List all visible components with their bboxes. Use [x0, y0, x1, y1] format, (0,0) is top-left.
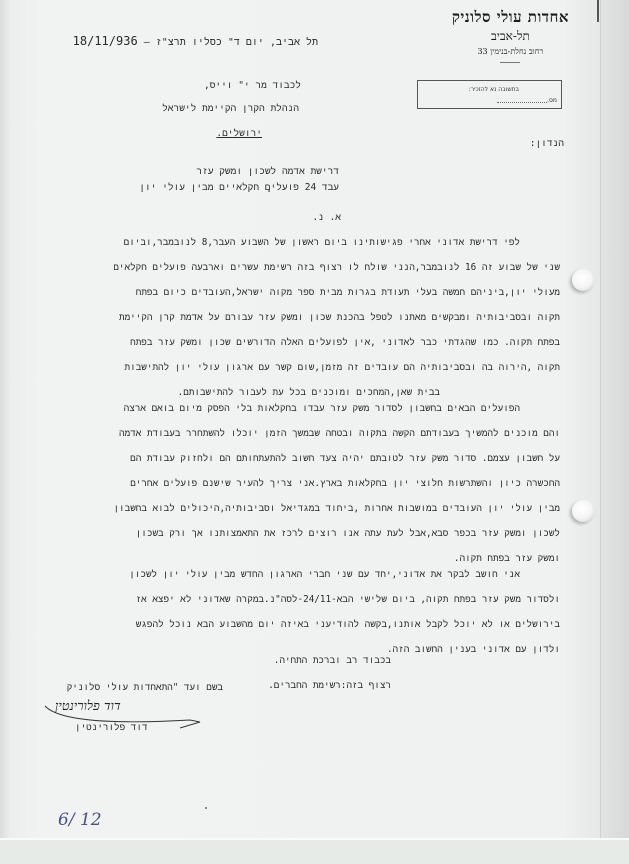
- scan-bottom-margin: [0, 838, 629, 864]
- signatory-typed-name: דוד פלורינטין: [75, 722, 148, 733]
- paragraph-line: שני של שבוע זה 16 לנובמבר,הנני שולח לו ר…: [30, 255, 560, 280]
- addressee-city: ירושלים.: [216, 128, 262, 139]
- paragraph-line: והם מוכנים להמשיך בעבודתם הקשה בתקוה ובט…: [30, 421, 560, 446]
- paragraph-line: לפי דרישת אדוני אחרי פגישותינו ביום ראשו…: [30, 230, 560, 255]
- paragraph-line: החכשרה כיון והשתרשות חלוצי יון בחקלאות ב…: [30, 471, 560, 496]
- paragraph-line: ולסדור משק עזר בפתח תקוה, ביום שלישי הבא…: [30, 587, 560, 612]
- signature-on-behalf: בשם ועד "התאחדות עולי סלוניק: [23, 682, 223, 693]
- body-paragraph: אני חושב לבקר את אדוני,יחד עם שני חברי ה…: [30, 562, 560, 662]
- paragraph-line: הפועלים הבאים בחשבון לסדור משק עזר עבדו …: [30, 396, 560, 421]
- paragraph-line: על חשבון עצמם. סדור משק עזר לטובתם יהיה …: [30, 446, 560, 471]
- body-paragraph: הפועלים הבאים בחשבון לסדור משק עזר עבדו …: [30, 396, 560, 571]
- punch-hole: [572, 500, 594, 522]
- reference-number-label: מס.: [547, 97, 557, 104]
- subject-line: דרישת אדמה לשכון ומשק עזר: [196, 166, 339, 177]
- paragraph-line: תקוה ,הירוה בה ובסביבותיה הם עובדים זה מ…: [30, 355, 560, 380]
- addressee-organization: הנהלת הקרן הקיימת לישראל: [162, 103, 299, 114]
- addressee-name: לכבוד מר י" וייס,: [204, 80, 301, 91]
- paragraph-line: מבין עולי יון העובדים במושבות אחרות ,ביח…: [30, 496, 560, 521]
- paragraph-line: אני חושב לבקר את אדוני,יחד עם שני חברי ה…: [30, 562, 560, 587]
- hebrew-date: ד" כסליו תרצ"ז: [156, 37, 240, 48]
- reference-label: בתשובה נא להזכיר:: [469, 86, 519, 93]
- date-place: תל אביב,: [270, 37, 318, 48]
- gregorian-date: 18/11/936: [73, 34, 138, 48]
- letterhead-address: רחוב נחלת-בנימין 33: [452, 47, 569, 56]
- scan-mark: [597, 0, 599, 22]
- letterhead-city: תל-אביב: [452, 29, 569, 44]
- scanned-letter-page: אחדות עולי סלוניק תל-אביב רחוב נחלת-בנימ…: [0, 0, 629, 864]
- paragraph-line: בירושלים או לא יוכל לקבל אותנו,בקשה להוד…: [30, 612, 560, 637]
- body-paragraph: לפי דרישת אדוני אחרי פגישותינו ביום ראשו…: [30, 230, 560, 405]
- handwritten-page-annotation: 6/ 12: [58, 810, 102, 830]
- scan-speck: [268, 190, 270, 192]
- date-day-label: יום: [246, 37, 264, 48]
- paragraph-line: תקוה ובסביבותיה ומבקשים מאתנו לטפל בהכנת…: [30, 305, 560, 330]
- letterhead: אחדות עולי סלוניק תל-אביב רחוב נחלת-בנימ…: [452, 8, 569, 63]
- dateline: תל אביב, יום ד" כסליו תרצ"ז — 18/11/936: [18, 34, 318, 49]
- enclosure-note: רצוף בזה:רשימת החברים.: [268, 680, 391, 691]
- paragraph-line: לשכון ומשק עזר בכפר סבא,אבל לעת עתה אנו …: [30, 521, 560, 546]
- paragraph-line: בפתח תקוה. כמו שהגדתי כבר לאדוני ,אין לפ…: [30, 330, 560, 355]
- subject-label: הנדון:: [530, 138, 564, 149]
- subject-line: עבד 24 פועלים חקלאיים מבין עולי יון: [139, 182, 339, 193]
- scan-speck: [205, 807, 207, 809]
- punch-hole: [572, 269, 594, 291]
- closing-greeting: בכבוד רב וברכת התחיה.: [274, 655, 391, 666]
- page-edge: [600, 0, 629, 864]
- organization-name: אחדות עולי סלוניק: [452, 8, 569, 27]
- paragraph-line: מעולי יון,ביניהם חמשה בעלי תעודת בגרות מ…: [30, 280, 560, 305]
- letterhead-divider: [500, 62, 520, 63]
- reference-number-line: [497, 102, 547, 103]
- reference-box: בתשובה נא להזכיר: מס.: [417, 80, 562, 109]
- salutation: א. נ.: [312, 212, 341, 223]
